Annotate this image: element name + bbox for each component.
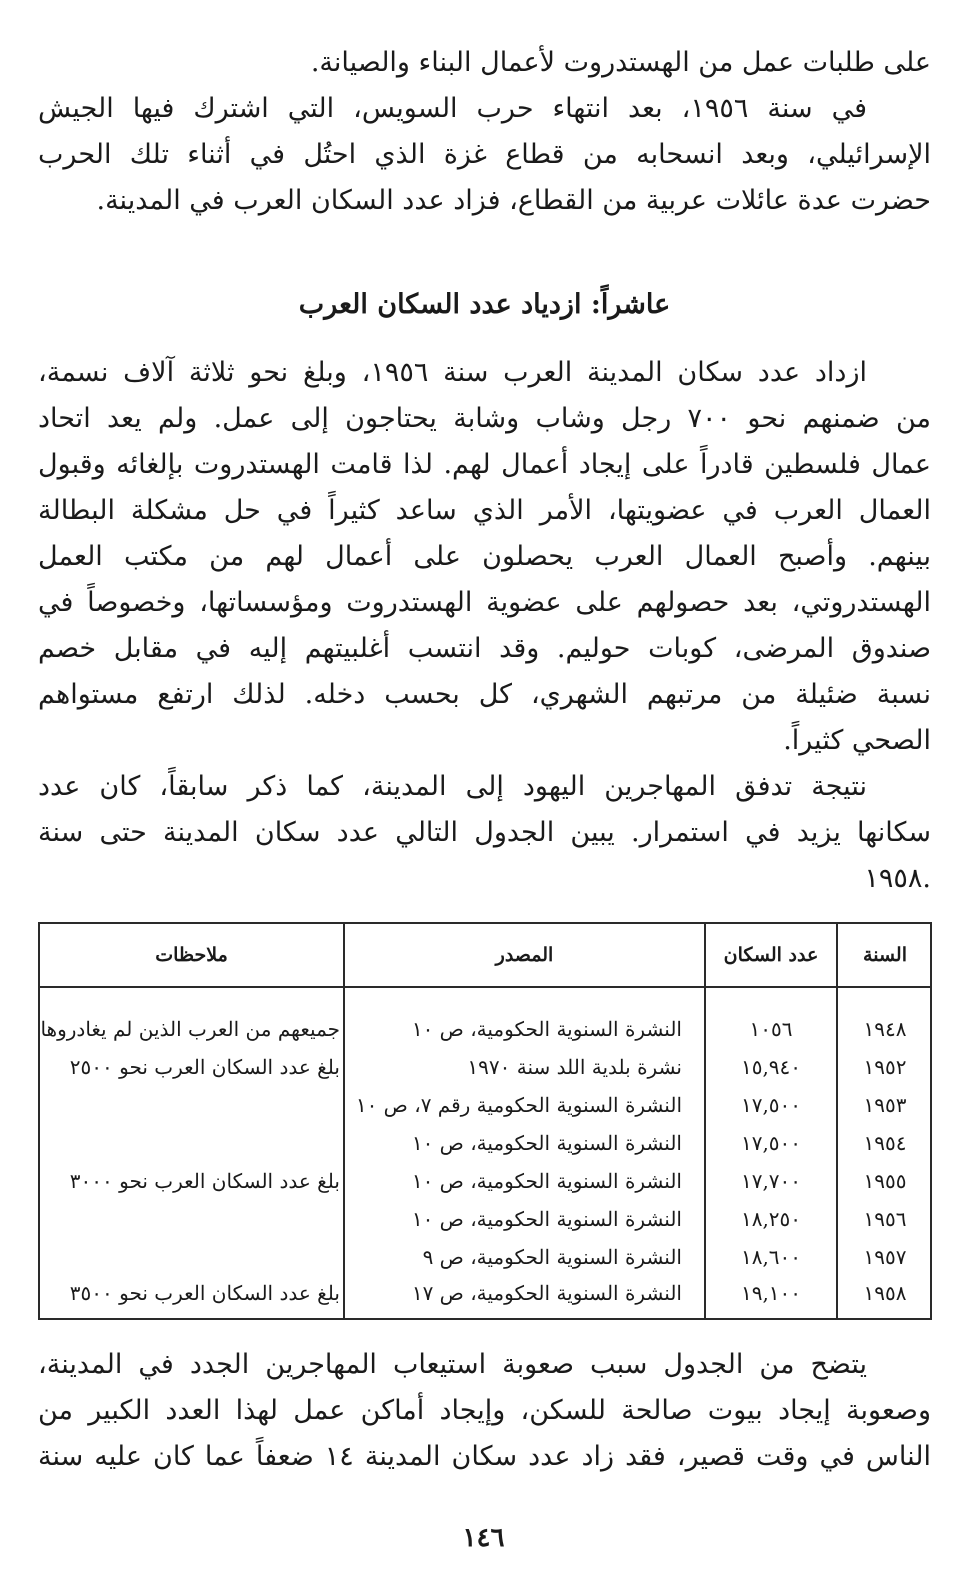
cell-source: النشرة السنوية الحكومية، ص ١٠ [345,1124,682,1162]
page-number: ١٤٦ [0,1518,967,1558]
cell-source: النشرة السنوية الحكومية، ص ١٠ [345,1200,682,1238]
cell-population: ١٧,٧٠٠ [706,1162,836,1200]
text-line: وصعوبة إيجاد بيوت صالحة للسكن، وإيجاد أم… [38,1388,931,1434]
text-line: بينهم. وأصبح العمال العرب يحصلون على أعم… [38,534,931,580]
text-line: الإسرائيلي، وبعد انسحابه من قطاع غزة الذ… [38,132,931,178]
text-line: في سنة ١٩٥٦، بعد انتهاء حرب السويس، التي… [38,86,867,132]
cell-population: ١٥,٩٤٠ [706,1048,836,1086]
section-heading: عاشراً: ازدياد عدد السكان العرب [38,282,931,328]
text-line: عمال فلسطين قادراً على إيجاد أعمال لهم. … [38,442,931,488]
text-line: الهستدروتي، بعد حصولهم على عضوية الهستدر… [38,580,931,626]
cell-notes [40,1124,340,1162]
cell-source: النشرة السنوية الحكومية رقم ٧، ص ١٠ [345,1086,682,1124]
cell-notes [40,1200,340,1238]
cell-notes: جميعهم من العرب الذين لم يغادروها [40,1010,340,1048]
cell-notes [40,1086,340,1124]
text-line: من ضمنهم نحو ٧٠٠ رجل وشاب وشابة يحتاجون … [38,396,931,442]
text-line: الصحي كثيراً. [38,718,931,764]
cell-year: ١٩٥٢ [838,1048,932,1086]
cell-notes [40,1238,340,1276]
cell-source: النشرة السنوية الحكومية، ص ١٧ [345,1274,682,1312]
text-line: على طلبات عمل من الهستدروت لأعمال البناء… [38,40,931,86]
cell-source: النشرة السنوية الحكومية، ص ١٠ [345,1162,682,1200]
cell-source: نشرة بلدية اللد سنة ١٩٧٠ [345,1048,682,1086]
cell-year: ١٩٥٣ [838,1086,932,1124]
cell-population: ١٨,٢٥٠ [706,1200,836,1238]
text-line: نسبة ضئيلة من مرتبهم الشهري، كل بحسب دخل… [38,672,931,718]
cell-population: ١٠٥٦ [706,1010,836,1048]
cell-notes: بلغ عدد السكان العرب نحو ٢٥٠٠ [40,1048,340,1086]
cell-year: ١٩٤٨ [838,1010,932,1048]
text-line: حضرت عدة عائلات عربية من القطاع، فزاد عد… [38,178,931,224]
header-source: المصدر [345,924,704,986]
text-line: الناس في وقت قصير، فقد زاد عدد سكان المد… [38,1434,931,1480]
cell-year: ١٩٥٦ [838,1200,932,1238]
cell-source: النشرة السنوية الحكومية، ص ٩ [345,1238,682,1276]
cell-notes: بلغ عدد السكان العرب نحو ٣٥٠٠ [40,1274,340,1312]
cell-year: ١٩٥٤ [838,1124,932,1162]
cell-year: ١٩٥٧ [838,1238,932,1276]
header-year: السنة [838,924,932,986]
cell-year: ١٩٥٥ [838,1162,932,1200]
cell-year: ١٩٥٨ [838,1274,932,1312]
book-page: على طلبات عمل من الهستدروت لأعمال البناء… [0,0,967,1586]
cell-source: النشرة السنوية الحكومية، ص ١٠ [345,1010,682,1048]
header-notes: ملاحظات [40,924,343,986]
header-divider [40,986,930,988]
text-line: ازداد عدد سكان المدينة العرب سنة ١٩٥٦، و… [38,350,867,396]
header-population: عدد السكان [706,924,836,986]
text-line: العمال العرب في عضويتها، الأمر الذي ساعد… [38,488,931,534]
text-line: صندوق المرضى، كوبات حوليم. وقد انتسب أغل… [38,626,931,672]
cell-notes: بلغ عدد السكان العرب نحو ٣٠٠٠ [40,1162,340,1200]
text-line: سكانها يزيد في استمرار. يبين الجدول التا… [38,810,931,856]
text-line: يتضح من الجدول سبب صعوبة استيعاب المهاجر… [38,1342,867,1388]
text-line: .١٩٥٨ [38,856,931,902]
cell-population: ١٩,١٠٠ [706,1274,836,1312]
cell-population: ١٧,٥٠٠ [706,1086,836,1124]
population-table: السنة عدد السكان المصدر ملاحظات ١٩٤٨ ١٠٥… [38,922,932,1320]
cell-population: ١٧,٥٠٠ [706,1124,836,1162]
text-line: نتيجة تدفق المهاجرين اليهود إلى المدينة،… [38,764,867,810]
cell-population: ١٨,٦٠٠ [706,1238,836,1276]
